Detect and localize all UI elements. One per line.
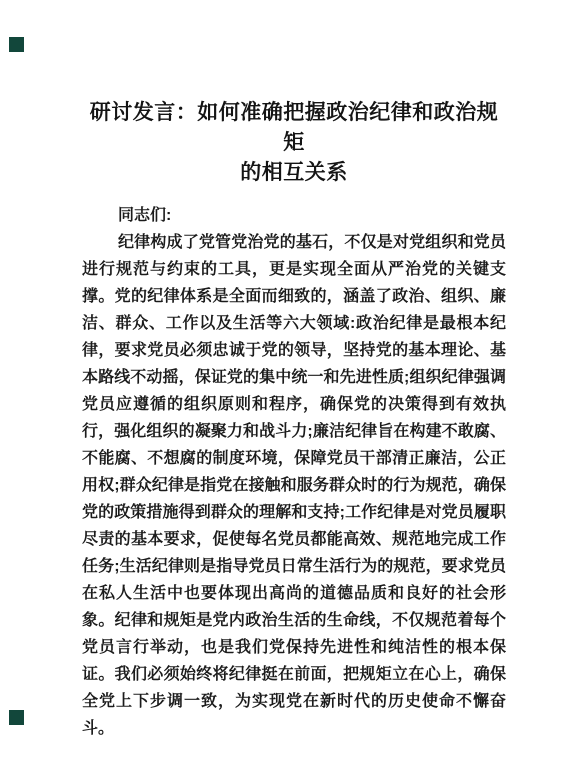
title-line-2: 的相互关系 [82, 158, 506, 188]
document-content: 研讨发言：如何准确把握政治纪律和政治规矩 的相互关系 同志们: 纪律构成了党管党… [82, 98, 506, 742]
document-title: 研讨发言：如何准确把握政治纪律和政治规矩 的相互关系 [82, 98, 506, 188]
salutation: 同志们: [82, 202, 506, 229]
body-paragraph: 纪律构成了党管党治党的基石，不仅是对党组织和党员进行规范与约束的工具，更是实现全… [82, 229, 506, 742]
title-line-1: 研讨发言：如何准确把握政治纪律和政治规矩 [82, 98, 506, 158]
green-square-marker-bottom [9, 710, 24, 725]
green-square-marker-top [9, 37, 24, 52]
document-page: 研讨发言：如何准确把握政治纪律和政治规矩 的相互关系 同志们: 纪律构成了党管党… [0, 0, 586, 759]
